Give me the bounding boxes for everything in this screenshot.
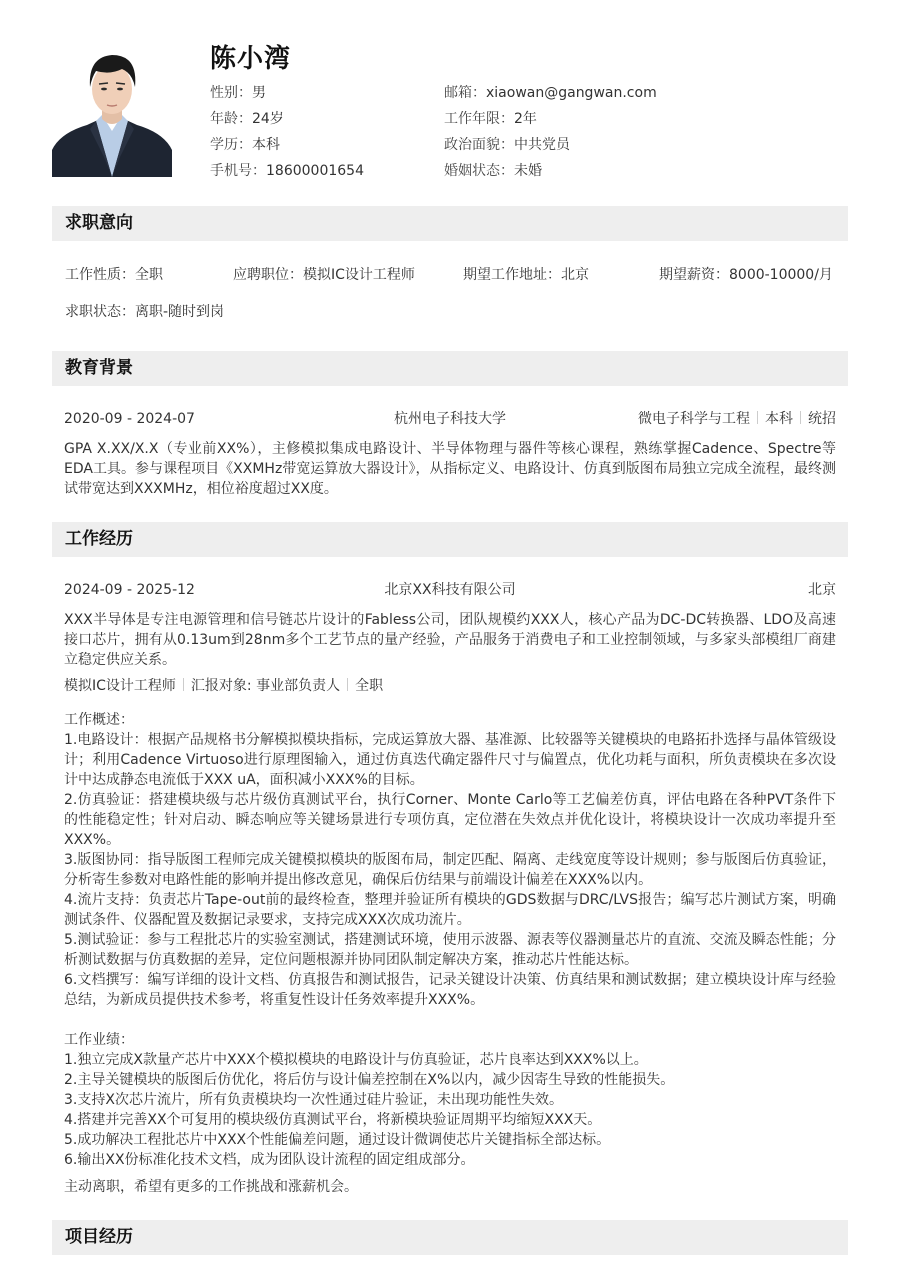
section-title: 项目经历 bbox=[52, 1220, 848, 1255]
work-period: 2024-09 - 2025-12 bbox=[64, 580, 195, 600]
section-job-intent: 求职意向 工作性质：全职 应聘职位：模拟IC设计工程师 期望工作地址：北京 期望… bbox=[52, 206, 848, 322]
work-achievements: 工作业绩： 1.独立完成X款量产芯片中XXX个模拟模块的电路设计与仿真验证，芯片… bbox=[52, 1030, 848, 1170]
education-entry-header: 2020-09 - 2024-07 杭州电子科技大学 微电子科学与工程本科统招 bbox=[52, 409, 848, 429]
section-projects: 项目经历 bbox=[52, 1220, 848, 1255]
profile-header: 陈小湾 性别：男 年龄：24岁 学历：本科 手机号：18600001654 邮箱… bbox=[52, 0, 848, 190]
company-intro: XXX半导体是专注电源管理和信号链芯片设计的Fabless公司，团队规模约XXX… bbox=[52, 610, 848, 670]
info-value: 24岁 bbox=[252, 111, 284, 127]
intent-value: 全职 bbox=[135, 267, 163, 283]
divider bbox=[800, 411, 801, 424]
achievement-item: 5.成功解决工程批芯片中XXX个性能偏差问题，通过设计微调使芯片关键指标全部达标… bbox=[64, 1130, 836, 1150]
section-work-experience: 工作经历 2024-09 - 2025-12 北京XX科技有限公司 北京 XXX… bbox=[52, 522, 848, 1197]
section-title: 求职意向 bbox=[52, 206, 848, 241]
leave-reason: 主动离职，希望有更多的工作挑战和涨薪机会。 bbox=[52, 1177, 848, 1197]
basic-info-right: 邮箱：xiaowan@gangwan.com 工作年限：2年 政治面貌：中共党员… bbox=[444, 82, 657, 186]
overview-item: 3.版图协同：指导版图工程师完成关键模拟模块的版图布局，制定匹配、隔离、走线宽度… bbox=[64, 850, 836, 890]
work-entry-header: 2024-09 - 2025-12 北京XX科技有限公司 北京 bbox=[52, 580, 848, 600]
section-education: 教育背景 2020-09 - 2024-07 杭州电子科技大学 微电子科学与工程… bbox=[52, 351, 848, 499]
intent-job-type: 工作性质：全职 bbox=[65, 265, 233, 285]
intent-salary: 期望薪资：8000-10000/月 bbox=[659, 265, 833, 285]
info-label: 婚姻状态： bbox=[444, 163, 514, 179]
info-value: 未婚 bbox=[514, 163, 542, 179]
info-work-years: 工作年限：2年 bbox=[444, 108, 657, 134]
info-label: 手机号： bbox=[210, 163, 266, 179]
intent-value: 北京 bbox=[561, 267, 589, 283]
info-value: 18600001654 bbox=[266, 163, 364, 179]
info-label: 工作年限： bbox=[444, 111, 514, 127]
info-political-status: 政治面貌：中共党员 bbox=[444, 134, 657, 160]
divider bbox=[347, 678, 348, 691]
intent-row-2: 求职状态：离职-随时到岗 bbox=[52, 302, 848, 322]
info-value: 男 bbox=[252, 85, 266, 101]
info-label: 邮箱： bbox=[444, 85, 486, 101]
info-education: 学历：本科 bbox=[210, 134, 364, 160]
education-degree: 本科 bbox=[765, 411, 793, 427]
education-type: 统招 bbox=[808, 411, 836, 427]
info-label: 性别： bbox=[210, 85, 252, 101]
achievement-item: 6.输出XX份标准化技术文档，成为团队设计流程的固定组成部分。 bbox=[64, 1150, 836, 1170]
intent-row-1: 工作性质：全职 应聘职位：模拟IC设计工程师 期望工作地址：北京 期望薪资：80… bbox=[52, 265, 848, 285]
info-email: 邮箱：xiaowan@gangwan.com bbox=[444, 82, 657, 108]
divider bbox=[757, 411, 758, 424]
overview-item: 4.流片支持：负责芯片Tape-out前的最终检查，整理并验证所有模块的GDS数… bbox=[64, 890, 836, 930]
education-description: GPA X.XX/X.X（专业前XX%），主修模拟集成电路设计、半导体物理与器件… bbox=[52, 439, 848, 499]
intent-location: 期望工作地址：北京 bbox=[463, 265, 659, 285]
info-label: 政治面貌： bbox=[444, 137, 514, 153]
work-city: 北京 bbox=[808, 580, 836, 600]
achievement-item: 2.主导关键模块的版图后仿优化，将后仿与设计偏差控制在X%以内，减少因寄生导致的… bbox=[64, 1070, 836, 1090]
intent-label: 工作性质： bbox=[65, 267, 135, 283]
work-report-to: 汇报对象: 事业部负责人 bbox=[191, 678, 340, 694]
intent-value: 离职-随时到岗 bbox=[135, 304, 224, 320]
intent-label: 求职状态： bbox=[65, 304, 135, 320]
education-major: 微电子科学与工程 bbox=[638, 411, 750, 427]
candidate-name: 陈小湾 bbox=[210, 38, 291, 75]
overview-item: 1.电路设计：根据产品规格书分解模拟模块指标，完成运算放大器、基准源、比较器等关… bbox=[64, 730, 836, 790]
basic-info-left: 性别：男 年龄：24岁 学历：本科 手机号：18600001654 bbox=[210, 82, 364, 186]
resume-page: 陈小湾 性别：男 年龄：24岁 学历：本科 手机号：18600001654 邮箱… bbox=[52, 0, 848, 190]
work-overview: 工作概述： 1.电路设计：根据产品规格书分解模拟模块指标，完成运算放大器、基准源… bbox=[52, 710, 848, 1010]
overview-item: 2.仿真验证：搭建模块级与芯片级仿真测试平台，执行Corner、Monte Ca… bbox=[64, 790, 836, 850]
work-role-line: 模拟IC设计工程师汇报对象: 事业部负责人全职 bbox=[52, 676, 848, 696]
intent-value: 模拟IC设计工程师 bbox=[303, 267, 415, 283]
intent-value: 8000-10000/月 bbox=[729, 267, 833, 283]
info-value: xiaowan@gangwan.com bbox=[486, 85, 657, 101]
achievement-item: 4.搭建并完善XX个可复用的模块级仿真测试平台，将新模块验证周期平均缩短XXX天… bbox=[64, 1110, 836, 1130]
intent-status: 求职状态：离职-随时到岗 bbox=[65, 302, 224, 322]
intent-label: 应聘职位： bbox=[233, 267, 303, 283]
achievements-title: 工作业绩： bbox=[64, 1030, 836, 1050]
work-job-type: 全职 bbox=[355, 678, 383, 694]
info-label: 年龄： bbox=[210, 111, 252, 127]
work-role: 模拟IC设计工程师 bbox=[64, 678, 176, 694]
overview-title: 工作概述： bbox=[64, 710, 836, 730]
info-age: 年龄：24岁 bbox=[210, 108, 364, 134]
intent-position: 应聘职位：模拟IC设计工程师 bbox=[233, 265, 463, 285]
achievement-item: 1.独立完成X款量产芯片中XXX个模拟模块的电路设计与仿真验证，芯片良率达到XX… bbox=[64, 1050, 836, 1070]
section-title: 教育背景 bbox=[52, 351, 848, 386]
overview-item: 6.文档撰写：编写详细的设计文档、仿真报告和测试报告，记录关键设计决策、仿真结果… bbox=[64, 970, 836, 1010]
divider bbox=[183, 678, 184, 691]
info-value: 本科 bbox=[252, 137, 280, 153]
education-meta: 微电子科学与工程本科统招 bbox=[638, 409, 836, 429]
avatar-photo bbox=[52, 45, 172, 177]
intent-label: 期望工作地址： bbox=[463, 267, 561, 283]
info-marital-status: 婚姻状态：未婚 bbox=[444, 160, 657, 186]
info-value: 中共党员 bbox=[514, 137, 570, 153]
achievement-item: 3.支持X次芯片流片，所有负责模块均一次性通过硅片验证，未出现功能性失效。 bbox=[64, 1090, 836, 1110]
info-gender: 性别：男 bbox=[210, 82, 364, 108]
intent-label: 期望薪资： bbox=[659, 267, 729, 283]
info-value: 2年 bbox=[514, 111, 537, 127]
education-period: 2020-09 - 2024-07 bbox=[64, 409, 195, 429]
overview-item: 5.测试验证：参与工程批芯片的实验室测试，搭建测试环境，使用示波器、源表等仪器测… bbox=[64, 930, 836, 970]
info-phone: 手机号：18600001654 bbox=[210, 160, 364, 186]
section-title: 工作经历 bbox=[52, 522, 848, 557]
info-label: 学历： bbox=[210, 137, 252, 153]
